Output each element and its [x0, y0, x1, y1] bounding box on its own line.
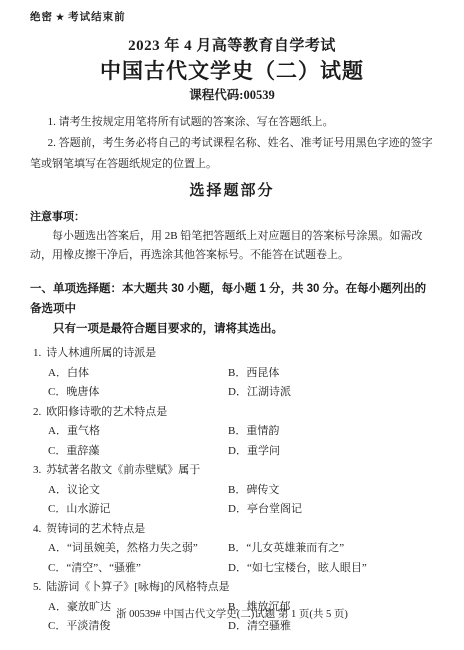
section-heading: 选择题部分	[30, 181, 434, 201]
option-a: A．白体	[48, 364, 228, 384]
option-d: D．江湖诗派	[228, 383, 434, 403]
notice-title: 注意事项：	[30, 208, 434, 227]
question-stem-row: 1.诗人林逋所属的诗派是	[30, 344, 434, 364]
part-one-heading-line1: 一、单项选择题：本大题共 30 小题，每小题 1 分，共 30 分。在每小题列出…	[30, 279, 434, 319]
course-code: 课程代码:00539	[30, 87, 434, 104]
question-stem: 诗人林逋所属的诗派是	[46, 347, 156, 359]
question-number: 4.	[33, 523, 41, 535]
option-c: C．“清空”、“骚雅”	[48, 559, 228, 579]
option-b: B．“儿女英雄兼而有之”	[228, 539, 434, 559]
question-block-3: 3.苏轼著名散文《前赤壁赋》属于 A．议论文 B．碑传文 C．山水游记 D．亭台…	[30, 461, 434, 520]
option-c: C．重辞藻	[48, 442, 228, 462]
question-options: A．“词虽婉美，然格力失之弱” B．“儿女英雄兼而有之” C．“清空”、“骚雅”…	[30, 539, 434, 578]
question-stem: 苏轼著名散文《前赤壁赋》属于	[46, 464, 200, 476]
option-b: B．重情韵	[228, 422, 434, 442]
exam-paper-page: 绝密★考试结束前 2023 年 4 月高等教育自学考试 中国古代文学史（二）试题…	[0, 0, 464, 650]
option-d: D．亭台堂阁记	[228, 500, 434, 520]
question-options: A．重气格 B．重情韵 C．重辞藻 D．重学问	[30, 422, 434, 461]
part-one-heading-line2: 只有一项是最符合题目要求的，请将其选出。	[30, 319, 434, 339]
exam-session: 2023 年 4 月高等教育自学考试	[30, 37, 434, 55]
option-c: C．晚唐体	[48, 383, 228, 403]
notice-body: 每小题选出答案后，用 2B 铅笔把答题纸上对应题目的答案标号涂黑。如需改动，用橡…	[30, 227, 434, 265]
question-stem-row: 5.陆游词《卜算子》[咏梅]的风格特点是	[30, 578, 434, 598]
question-options: A．议论文 B．碑传文 C．山水游记 D．亭台堂阁记	[30, 481, 434, 520]
question-stem: 陆游词《卜算子》[咏梅]的风格特点是	[46, 581, 229, 593]
question-number: 2.	[33, 406, 41, 418]
question-block-1: 1.诗人林逋所属的诗派是 A．白体 B．西昆体 C．晚唐体 D．江湖诗派	[30, 344, 434, 403]
question-stem-row: 4.贺铸词的艺术特点是	[30, 520, 434, 540]
option-c: C．山水游记	[48, 500, 228, 520]
question-options: A．白体 B．西昆体 C．晚唐体 D．江湖诗派	[30, 364, 434, 403]
star-icon: ★	[53, 12, 68, 22]
question-stem-row: 3.苏轼著名散文《前赤壁赋》属于	[30, 461, 434, 481]
instruction-item-2: 2. 答题前，考生务必将自己的考试课程名称、姓名、准考证号用黑色字迹的签字笔或钢…	[30, 133, 434, 175]
question-block-2: 2.欧阳修诗歌的艺术特点是 A．重气格 B．重情韵 C．重辞藻 D．重学问	[30, 403, 434, 462]
question-stem-row: 2.欧阳修诗歌的艺术特点是	[30, 403, 434, 423]
question-number: 1.	[33, 347, 41, 359]
question-stem: 贺铸词的艺术特点是	[46, 523, 145, 535]
page-footer: 浙 00539# 中国古代文学史(二)试题 第 1 页(共 5 页)	[0, 608, 464, 622]
option-d: D．“如七宝楼台，眩人眼目”	[228, 559, 434, 579]
classification-prefix: 绝密	[30, 12, 53, 23]
question-number: 5.	[33, 581, 41, 593]
part-one-heading: 一、单项选择题：本大题共 30 小题，每小题 1 分，共 30 分。在每小题列出…	[30, 279, 434, 339]
notice-block: 注意事项： 每小题选出答案后，用 2B 铅笔把答题纸上对应题目的答案标号涂黑。如…	[30, 208, 434, 265]
page-title: 中国古代文学史（二）试题	[30, 58, 434, 85]
option-a: A．重气格	[48, 422, 228, 442]
option-d: D．重学问	[228, 442, 434, 462]
question-number: 3.	[33, 464, 41, 476]
classification-banner: 绝密★考试结束前	[30, 10, 434, 25]
option-b: B．碑传文	[228, 481, 434, 501]
classification-suffix: 考试结束前	[68, 12, 126, 23]
question-list: 1.诗人林逋所属的诗派是 A．白体 B．西昆体 C．晚唐体 D．江湖诗派 2.欧…	[30, 344, 434, 637]
instruction-item-1: 1. 请考生按规定用笔将所有试题的答案涂、写在答题纸上。	[30, 112, 434, 133]
option-a: A．“词虽婉美，然格力失之弱”	[48, 539, 228, 559]
option-b: B．西昆体	[228, 364, 434, 384]
question-stem: 欧阳修诗歌的艺术特点是	[46, 406, 167, 418]
question-block-4: 4.贺铸词的艺术特点是 A．“词虽婉美，然格力失之弱” B．“儿女英雄兼而有之”…	[30, 520, 434, 579]
general-instructions: 1. 请考生按规定用笔将所有试题的答案涂、写在答题纸上。 2. 答题前，考生务必…	[30, 112, 434, 175]
option-a: A．议论文	[48, 481, 228, 501]
